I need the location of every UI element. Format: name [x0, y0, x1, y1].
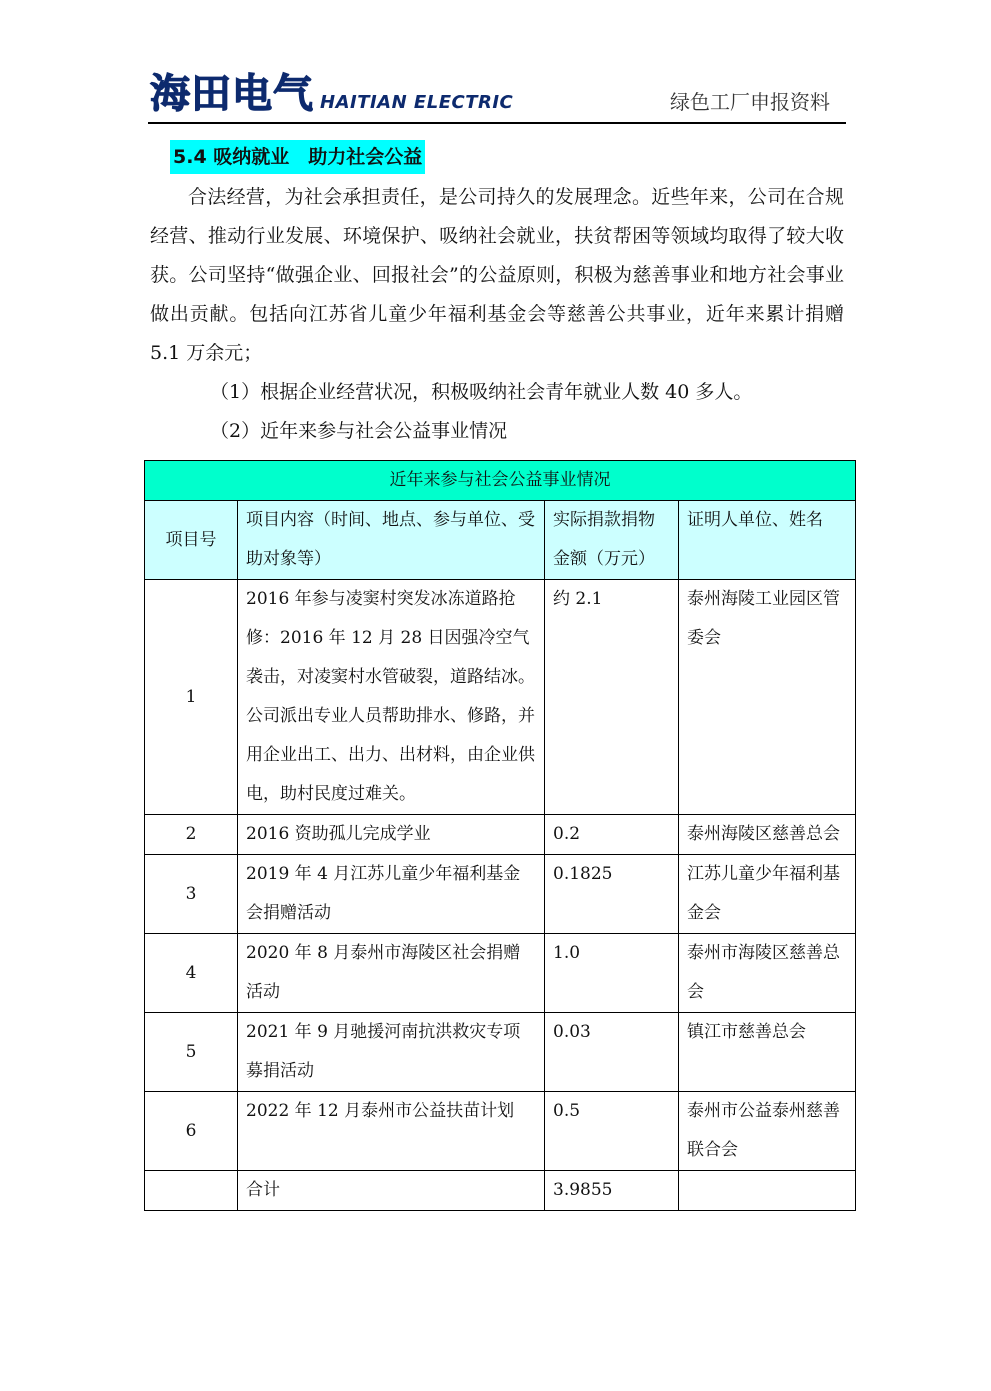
company-logo-en: HAITIAN ELECTRIC	[320, 92, 513, 113]
table-row: 4 2020 年 8 月泰州市海陵区社会捐赠活动 1.0 泰州市海陵区慈善总会	[145, 934, 856, 1013]
cell-amount: 约 2.1	[545, 580, 679, 815]
charity-table: 近年来参与社会公益事业情况 项目号 项目内容（时间、地点、参与单位、受助对象等）…	[144, 460, 856, 1211]
header-content: 项目内容（时间、地点、参与单位、受助对象等）	[238, 501, 545, 580]
list-item-2: （2）近年来参与社会公益事业情况	[150, 412, 844, 451]
list-item-1: （1）根据企业经营状况，积极吸纳社会青年就业人数 40 多人。	[150, 373, 844, 412]
document-title: 绿色工厂申报资料	[670, 86, 830, 115]
header-divider	[148, 122, 846, 124]
intro-paragraph: 合法经营，为社会承担责任，是公司持久的发展理念。近些年来，公司在合规经营、推动行…	[150, 178, 844, 373]
total-amount: 3.9855	[545, 1171, 679, 1211]
page-header: 海田电气 HAITIAN ELECTRIC 绿色工厂申报资料	[148, 70, 846, 122]
cell-no: 3	[145, 855, 238, 934]
table-row: 2 2016 资助孤儿完成学业 0.2 泰州海陵区慈善总会	[145, 815, 856, 855]
table-row: 3 2019 年 4 月江苏儿童少年福利基金会捐赠活动 0.1825 江苏儿童少…	[145, 855, 856, 934]
cell-witness	[679, 1171, 856, 1211]
cell-amount: 0.1825	[545, 855, 679, 934]
cell-content: 2019 年 4 月江苏儿童少年福利基金会捐赠活动	[238, 855, 545, 934]
cell-content: 2021 年 9 月驰援河南抗洪救灾专项募捐活动	[238, 1013, 545, 1092]
table-title: 近年来参与社会公益事业情况	[145, 461, 856, 501]
cell-witness: 泰州市公益泰州慈善联合会	[679, 1092, 856, 1171]
cell-amount: 0.5	[545, 1092, 679, 1171]
cell-no: 1	[145, 580, 238, 815]
header-witness: 证明人单位、姓名	[679, 501, 856, 580]
cell-content: 2020 年 8 月泰州市海陵区社会捐赠活动	[238, 934, 545, 1013]
company-logo-cn: 海田电气	[150, 70, 314, 118]
section-body: 合法经营，为社会承担责任，是公司持久的发展理念。近些年来，公司在合规经营、推动行…	[150, 178, 844, 451]
cell-content: 2016 资助孤儿完成学业	[238, 815, 545, 855]
cell-witness: 镇江市慈善总会	[679, 1013, 856, 1092]
cell-witness: 泰州海陵工业园区管委会	[679, 580, 856, 815]
cell-amount: 0.2	[545, 815, 679, 855]
cell-no: 4	[145, 934, 238, 1013]
cell-content: 2016 年参与凌窦村突发冰冻道路抢修：2016 年 12 月 28 日因强冷空…	[238, 580, 545, 815]
total-label: 合计	[238, 1171, 545, 1211]
cell-witness: 江苏儿童少年福利基金会	[679, 855, 856, 934]
cell-no: 6	[145, 1092, 238, 1171]
cell-witness: 泰州市海陵区慈善总会	[679, 934, 856, 1013]
header-no: 项目号	[145, 501, 238, 580]
cell-no: 2	[145, 815, 238, 855]
cell-no: 5	[145, 1013, 238, 1092]
section-heading: 5.4 吸纳就业 助力社会公益	[170, 140, 425, 174]
header-amount: 实际捐款捐物金额（万元）	[545, 501, 679, 580]
cell-witness: 泰州海陵区慈善总会	[679, 815, 856, 855]
table-row: 1 2016 年参与凌窦村突发冰冻道路抢修：2016 年 12 月 28 日因强…	[145, 580, 856, 815]
table-row: 5 2021 年 9 月驰援河南抗洪救灾专项募捐活动 0.03 镇江市慈善总会	[145, 1013, 856, 1092]
cell-content: 2022 年 12 月泰州市公益扶苗计划	[238, 1092, 545, 1171]
cell-amount: 0.03	[545, 1013, 679, 1092]
cell-no	[145, 1171, 238, 1211]
table-header-row: 项目号 项目内容（时间、地点、参与单位、受助对象等） 实际捐款捐物金额（万元） …	[145, 501, 856, 580]
table-row: 6 2022 年 12 月泰州市公益扶苗计划 0.5 泰州市公益泰州慈善联合会	[145, 1092, 856, 1171]
table-total-row: 合计 3.9855	[145, 1171, 856, 1211]
cell-amount: 1.0	[545, 934, 679, 1013]
